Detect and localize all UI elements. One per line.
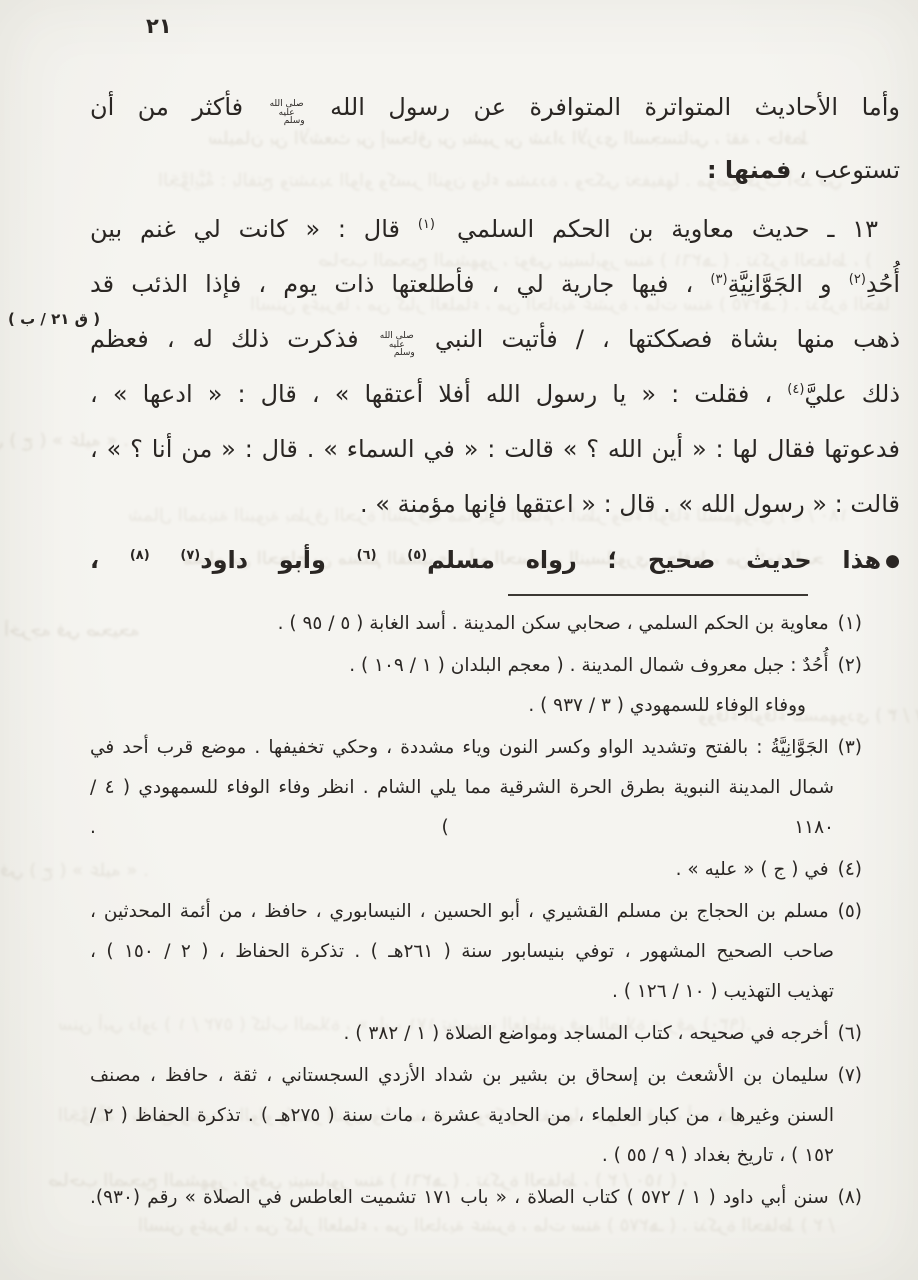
footnote-line: صاحب الصحيح المشهور ، توفي بنيسابور سنة … — [90, 932, 862, 972]
hadith-text: ذلك عليَّ — [804, 380, 900, 408]
footnote-line: (٢)أُحُدٌ : جبل معروف شمال المدينة . ( م… — [90, 646, 862, 686]
bullet-icon: ● — [885, 533, 900, 590]
footnote-line: ١٥٢ ) ، تاريخ بغداد ( ٩ / ٥٥ ) . — [90, 1136, 862, 1176]
footnote-text: سنن أبي داود ( ١ / ٥٧٢ ) كتاب الصلاة ، «… — [90, 1187, 829, 1208]
hadith-line-3: ذهب منها بشاة فصككتها ، / فأتيت النبي صل… — [90, 312, 900, 367]
footnote-line: شمال المدينة النبوية بطرق الحرة الشرقية … — [90, 768, 862, 848]
footnote-2: (٢)أُحُدٌ : جبل معروف شمال المدينة . ( م… — [90, 646, 862, 726]
hadith-text: ، فيها جارية لي ، فأطلعتها ذات يوم ، فإذ… — [90, 270, 710, 298]
footnote-marker: (٨) — [838, 1187, 862, 1208]
scanned-book-page: سليمان بن الأشعث بن إسحاق بن بشير بن شدا… — [0, 0, 918, 1280]
footnote-marker: (٥) — [838, 901, 862, 922]
footnote-line: ووفاء الوفاء للسمهودي ( ٣ / ٩٣٧ ) . — [90, 686, 862, 726]
intro-line-1: وأما الأحاديث المتواترة المتوافرة عن رسو… — [90, 76, 900, 139]
footnote-text: ووفاء الوفاء للسمهودي ( ٣ / ٩٣٧ ) . — [528, 695, 806, 716]
footnote-1: (١)معاوية بن الحكم السلمي ، صحابي سكن ال… — [90, 604, 862, 644]
footnote-8: (٨)سنن أبي داود ( ١ / ٥٧٢ ) كتاب الصلاة … — [90, 1178, 862, 1218]
intro-text: فأكثر من أن — [90, 93, 267, 121]
footnote-text: الجَوَّانِيَّةُ : بالفتح وتشديد الواو وك… — [90, 737, 829, 758]
footnote-text: ١٥٢ ) ، تاريخ بغداد ( ٩ / ٥٥ ) . — [602, 1145, 834, 1166]
printed-text-layer: ٢١ ( ق ٢١ / ب ) وأما الأحاديث المتواترة … — [0, 0, 918, 1280]
footnote-5: (٥)مسلم بن الحجاج بن مسلم القشيري ، أبو … — [90, 892, 862, 1012]
footnote-text: معاوية بن الحكم السلمي ، صحابي سكن المدي… — [278, 613, 829, 634]
footnote-marker: (١) — [838, 613, 862, 634]
footnote-line: (١)معاوية بن الحكم السلمي ، صحابي سكن ال… — [90, 604, 862, 644]
footnote-text: مسلم بن الحجاج بن مسلم القشيري ، أبو الح… — [90, 901, 829, 922]
footnote-marker: (٦) — [838, 1023, 862, 1044]
footnote-line: تهذيب التهذيب ( ١٠ / ١٢٦ ) . — [90, 972, 862, 1012]
hadith-text: ١٣ ـ حديث معاوية بن الحكم السلمي — [457, 215, 878, 243]
footnote-line: (٥)مسلم بن الحجاج بن مسلم القشيري ، أبو … — [90, 892, 862, 932]
footnote-marker: (٧) — [838, 1065, 862, 1086]
hadith-line-5: فدعوتها فقال لها : « أين الله ؟ » قالت :… — [90, 422, 900, 477]
hadith-text: قال : « كانت لي غنم بين — [90, 215, 418, 243]
footnote-line: (٤)في ( ج ) « عليه » . — [90, 850, 862, 890]
footnote-text: أخرجه في صحيحه ، كتاب المساجد ومواضع الص… — [344, 1023, 829, 1044]
footnote-separator — [508, 594, 808, 596]
hadith-line-2: أُحُدِ(٢) و الجَوَّانِيَّةِ(٣) ، فيها جا… — [90, 257, 900, 312]
sallallahu-alayhi-wasallam-mark: صلى الله عليه وسلم — [379, 332, 415, 358]
grade-text: ، — [90, 546, 130, 574]
grade-text: وأبو داود — [200, 546, 356, 574]
hadith-text: و الجَوَّانِيَّةِ — [728, 270, 849, 298]
footnote-text: السنن وغيرها ، من كبار العلماء ، من الحا… — [90, 1105, 834, 1126]
intro-text: وأما الأحاديث المتواترة المتوافرة عن رسو… — [307, 93, 900, 121]
footnotes-section: (١)معاوية بن الحكم السلمي ، صحابي سكن ال… — [90, 604, 900, 1218]
grade-text: هذا حديث صحيح ؛ رواه مسلم — [427, 546, 881, 574]
hadith-grade-line: ●هذا حديث صحيح ؛ رواه مسلم(٥) (٦) وأبو د… — [90, 532, 900, 590]
hadith-text: فذكرت ذلك له ، فعظم — [90, 325, 377, 353]
hadith-text: ، فقلت : « يا رسول الله أفلا أعتقها » ، … — [90, 380, 787, 408]
footnote-line: (٨)سنن أبي داود ( ١ / ٥٧٢ ) كتاب الصلاة … — [90, 1178, 862, 1218]
hadith-line-6: قالت : « رسول الله » . قال : « اعتقها فإ… — [90, 477, 900, 532]
footnote-text: في ( ج ) « عليه » . — [676, 859, 829, 880]
intro-text-bold: فمنها : — [707, 156, 791, 184]
footnote-7: (٧)سليمان بن الأشعث بن إسحاق بن بشير بن … — [90, 1056, 862, 1176]
hadith-line-4: ذلك عليَّ(٤) ، فقلت : « يا رسول الله أفل… — [90, 367, 900, 422]
footnote-marker: (٢) — [838, 655, 862, 676]
footnote-line: (٣)الجَوَّانِيَّةُ : بالفتح وتشديد الواو… — [90, 728, 862, 768]
footnote-line: (٧)سليمان بن الأشعث بن إسحاق بن بشير بن … — [90, 1056, 862, 1096]
footnote-marker: (٣) — [838, 737, 862, 758]
sallallahu-alayhi-wasallam-mark: صلى الله عليه وسلم — [269, 100, 305, 126]
footnote-text: أُحُدٌ : جبل معروف شمال المدينة . ( معجم… — [349, 655, 828, 676]
footnote-text: سليمان بن الأشعث بن إسحاق بن بشير بن شدا… — [90, 1065, 829, 1086]
footnote-6: (٦)أخرجه في صحيحه ، كتاب المساجد ومواضع … — [90, 1014, 862, 1054]
hadith-line-1: ١٣ ـ حديث معاوية بن الحكم السلمي(١) قال … — [90, 202, 900, 257]
footnote-line: (٦)أخرجه في صحيحه ، كتاب المساجد ومواضع … — [90, 1014, 862, 1054]
hadith-text: فدعوتها فقال لها : « أين الله ؟ » قالت :… — [90, 435, 900, 463]
footnote-3: (٣)الجَوَّانِيَّةُ : بالفتح وتشديد الواو… — [90, 728, 862, 848]
page-number: ٢١ — [146, 14, 172, 38]
footnote-line: السنن وغيرها ، من كبار العلماء ، من الحا… — [90, 1096, 862, 1136]
folio-margin-note: ( ق ٢١ / ب ) — [8, 310, 100, 328]
hadith-text: أُحُدِ — [866, 270, 900, 298]
hadith-text: ذهب منها بشاة فصككتها ، / فأتيت النبي — [417, 325, 900, 353]
footnote-text: شمال المدينة النبوية بطرق الحرة الشرقية … — [90, 777, 834, 838]
hadith-text: قالت : « رسول الله » . قال : « اعتقها فإ… — [360, 490, 900, 518]
text-column: وأما الأحاديث المتواترة المتوافرة عن رسو… — [90, 76, 900, 1220]
footnote-4: (٤)في ( ج ) « عليه » . — [90, 850, 862, 890]
footnote-text: تهذيب التهذيب ( ١٠ / ١٢٦ ) . — [612, 981, 834, 1002]
intro-text: تستوعب ، — [791, 156, 900, 184]
intro-line-2: تستوعب ، فمنها : — [90, 139, 900, 202]
footnote-text: صاحب الصحيح المشهور ، توفي بنيسابور سنة … — [90, 941, 834, 962]
footnote-marker: (٤) — [838, 859, 862, 880]
